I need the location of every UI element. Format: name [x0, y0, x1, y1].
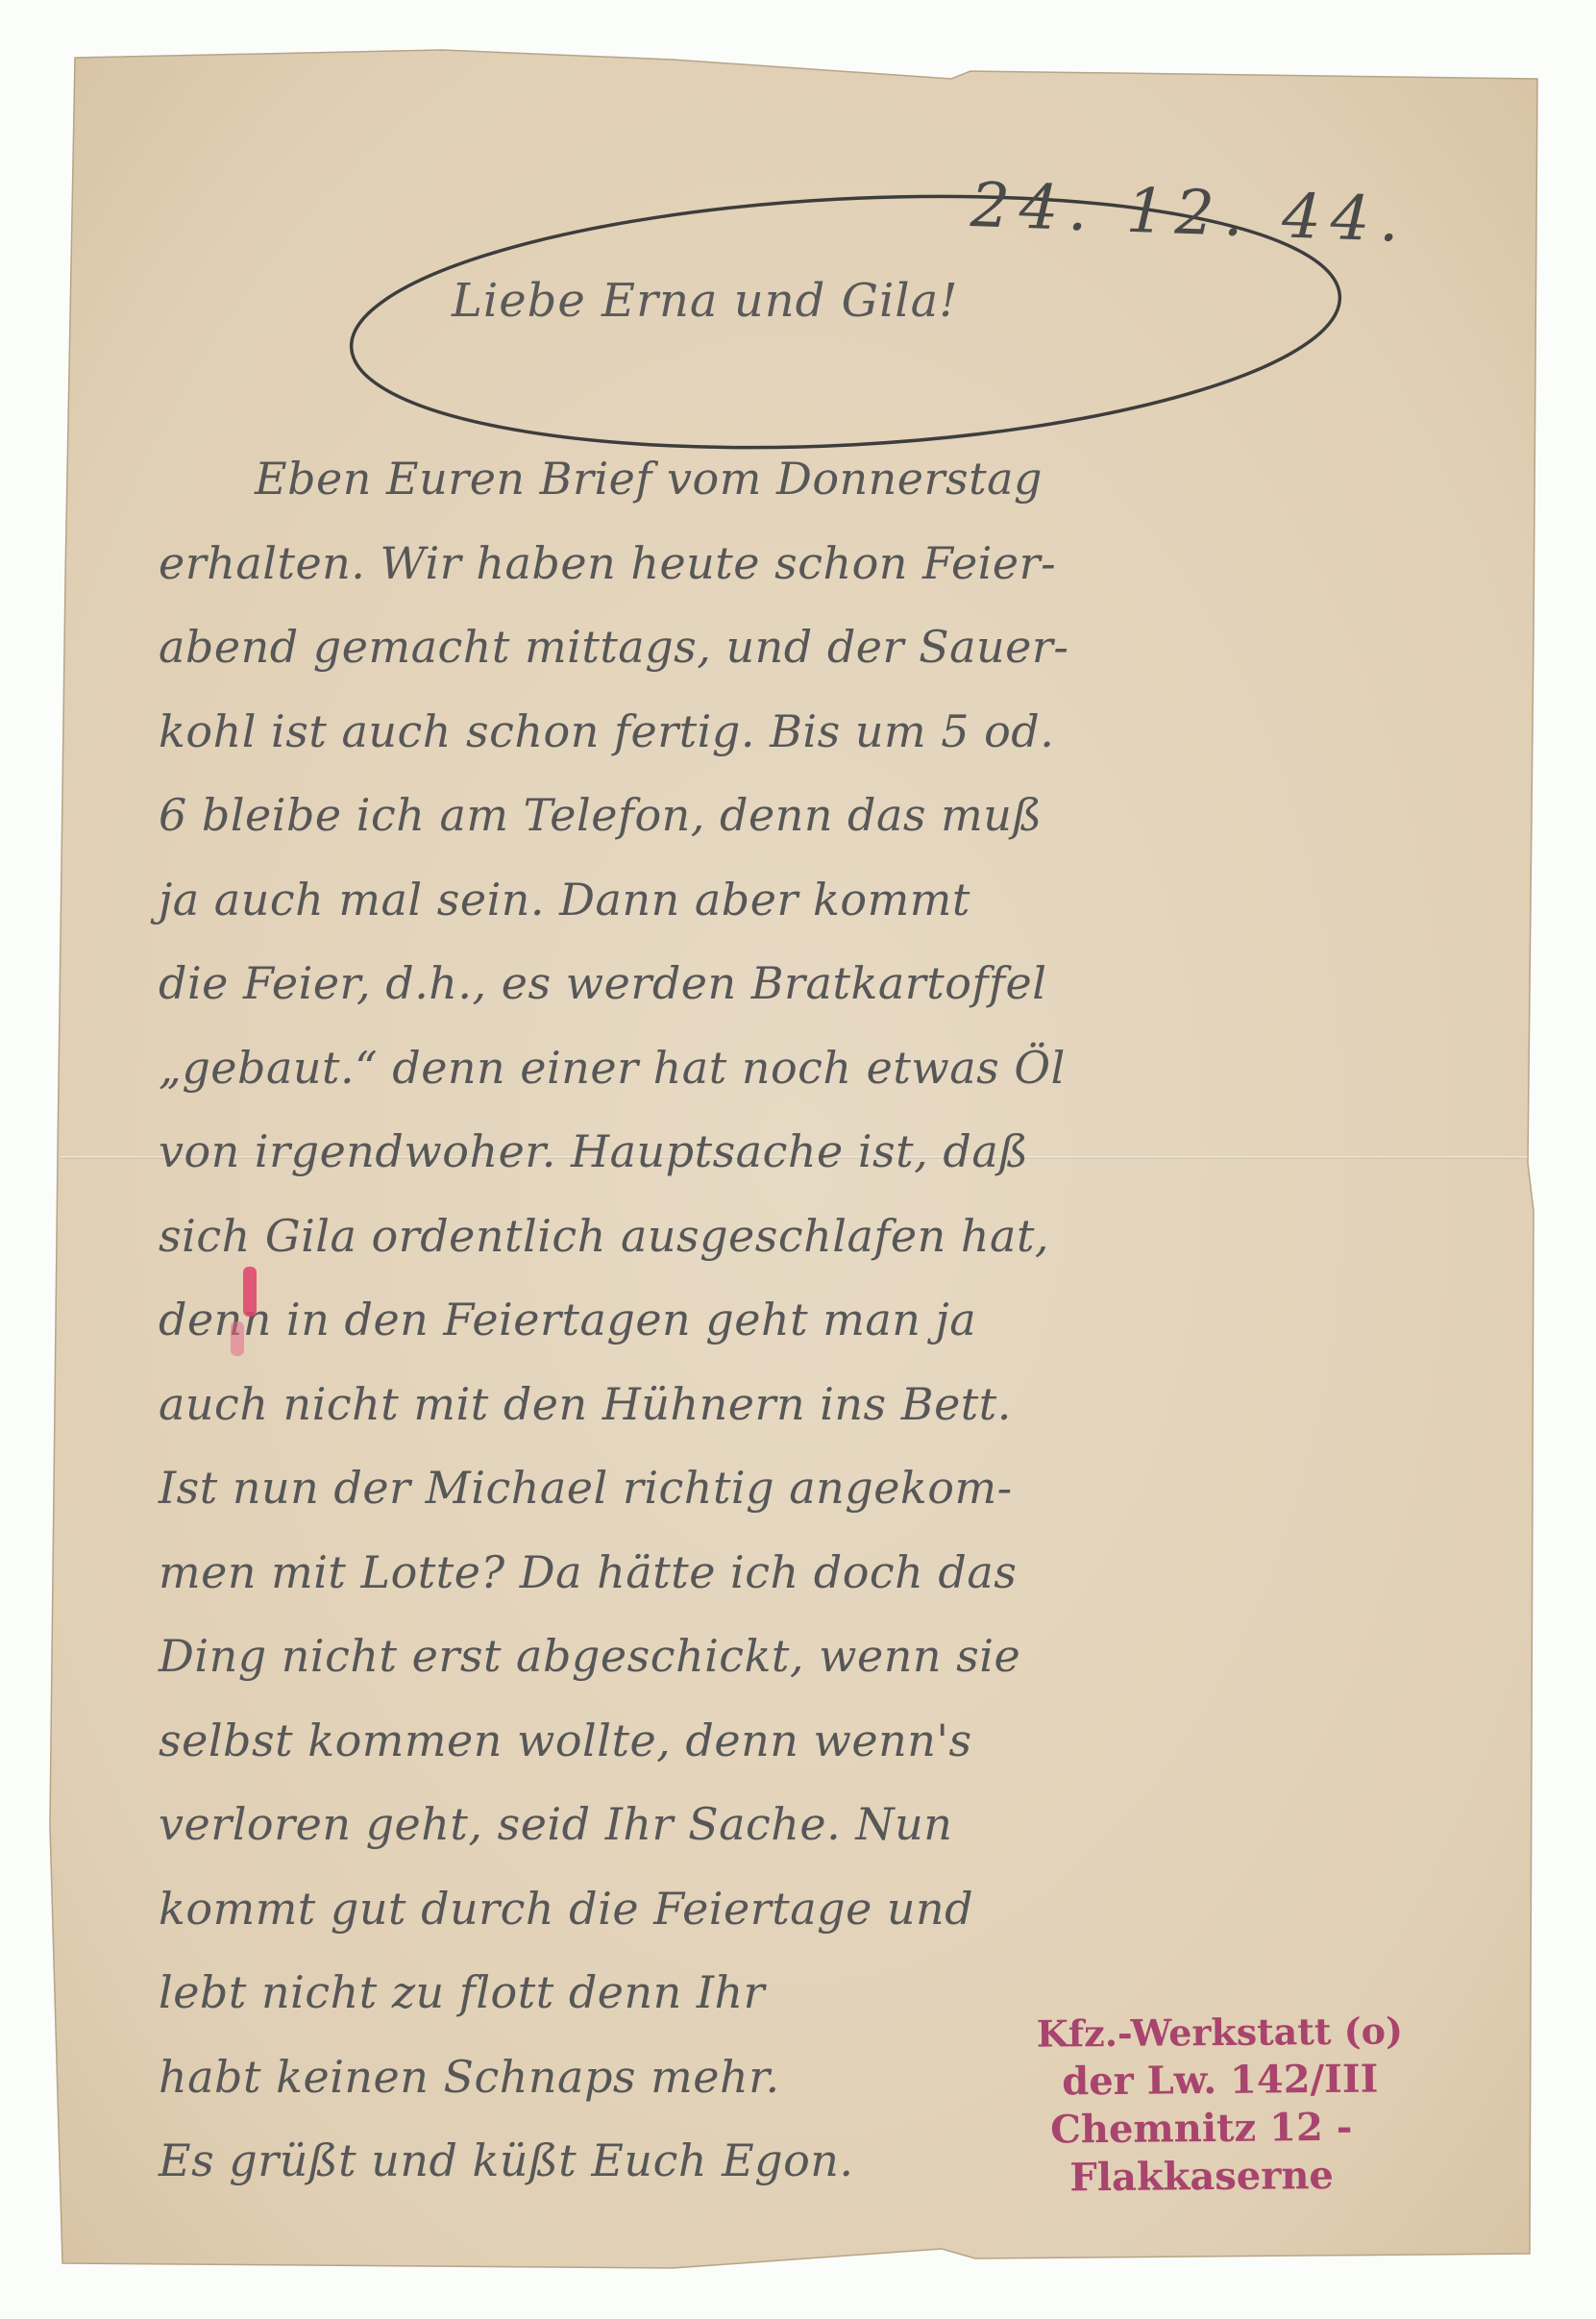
stamp-line: Chemnitz 12 - Flakkaserne: [980, 2103, 1423, 2203]
body-line: kohl ist auch schon fertig. Bis um 5 od.: [159, 690, 1465, 775]
red-ink-smudge: [231, 1321, 244, 1356]
body-line: die Feier, d.h., es werden Bratkartoffel: [159, 942, 1465, 1026]
body-line: 6 bleibe ich am Telefon, denn das muß: [159, 774, 1465, 858]
letter-body: Eben Euren Brief vom Donnerstag erhalten…: [159, 437, 1465, 2204]
body-line: Eben Euren Brief vom Donnerstag: [159, 437, 1465, 522]
stamp-line: der Lw. 142/III: [1019, 2055, 1422, 2107]
body-line: denn in den Feiertagen geht man ja: [159, 1278, 1465, 1363]
red-ink-mark: [243, 1267, 257, 1317]
letter-sheet: 24. 12. 44. Liebe Erna und Gila! Eben Eu…: [0, 0, 1596, 2319]
body-line: ja auch mal sein. Dann aber kommt: [159, 858, 1465, 943]
body-line: „gebaut.“ denn einer hat noch etwas Öl: [159, 1026, 1465, 1111]
body-line: abend gemacht mittags, und der Sauer-: [159, 605, 1465, 690]
body-line: kommt gut durch die Feiertage und: [159, 1867, 1465, 1952]
body-line: verloren geht, seid Ihr Sache. Nun: [159, 1783, 1465, 1867]
letter-greeting: Liebe Erna und Gila!: [452, 274, 959, 328]
letter-date: 24. 12. 44.: [970, 170, 1410, 257]
stamp-line: Kfz.-Werkstatt (o): [1018, 2007, 1421, 2059]
body-line: auch nicht mit den Hühnern ins Bett.: [159, 1363, 1465, 1447]
body-line: selbst kommen wollte, denn wenn's: [159, 1699, 1465, 1784]
body-line: Ist nun der Michael richtig angekom-: [159, 1446, 1465, 1531]
unit-stamp: Kfz.-Werkstatt (o) der Lw. 142/III Chemn…: [1018, 2007, 1423, 2203]
body-line: sich Gila ordentlich ausgeschlafen hat,: [159, 1195, 1465, 1279]
body-line: Ding nicht erst abgeschickt, wenn sie: [159, 1615, 1465, 1699]
body-line: erhalten. Wir haben heute schon Feier-: [159, 522, 1465, 606]
body-line: men mit Lotte? Da hätte ich doch das: [159, 1531, 1465, 1616]
body-line: von irgendwoher. Hauptsache ist, daß: [159, 1110, 1465, 1195]
